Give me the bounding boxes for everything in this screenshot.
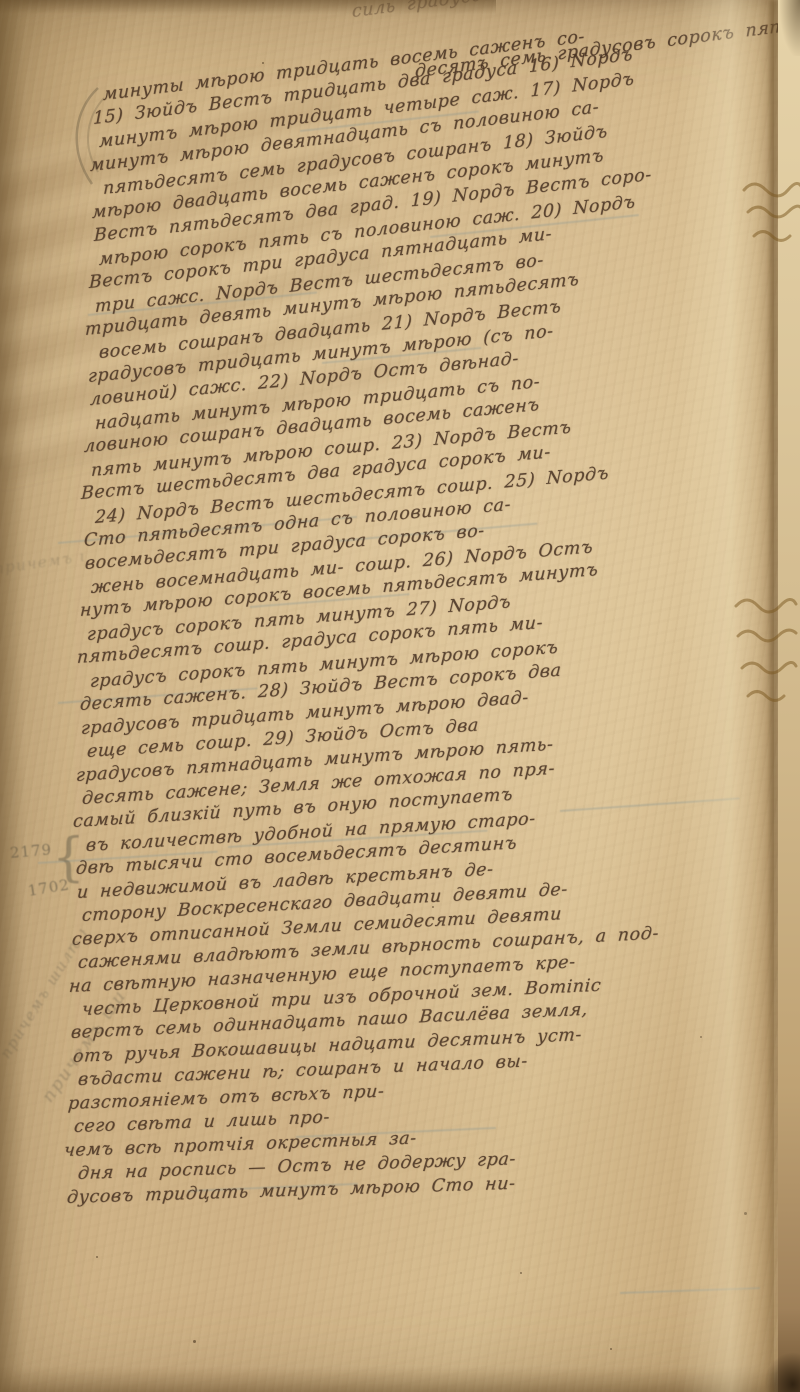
top-right-corner-shadow <box>780 0 800 56</box>
fore-edge-stain <box>734 592 800 710</box>
manuscript-page: шмиле всонтѣ ншьм иеовсъ тедлр оюlive ша… <box>0 0 800 1392</box>
pencil-scribble: причемъ шилѣ новъ усмот <box>37 988 129 1107</box>
page-left-edge-shadow <box>0 0 26 1392</box>
bottom-right-corner-shadow <box>764 1352 800 1392</box>
pencil-number-1702: 1702 <box>27 876 71 900</box>
fore-edge-stain <box>742 178 800 256</box>
pencil-loop-mark <box>64 84 110 192</box>
page-top-edge-shadow <box>0 0 496 14</box>
